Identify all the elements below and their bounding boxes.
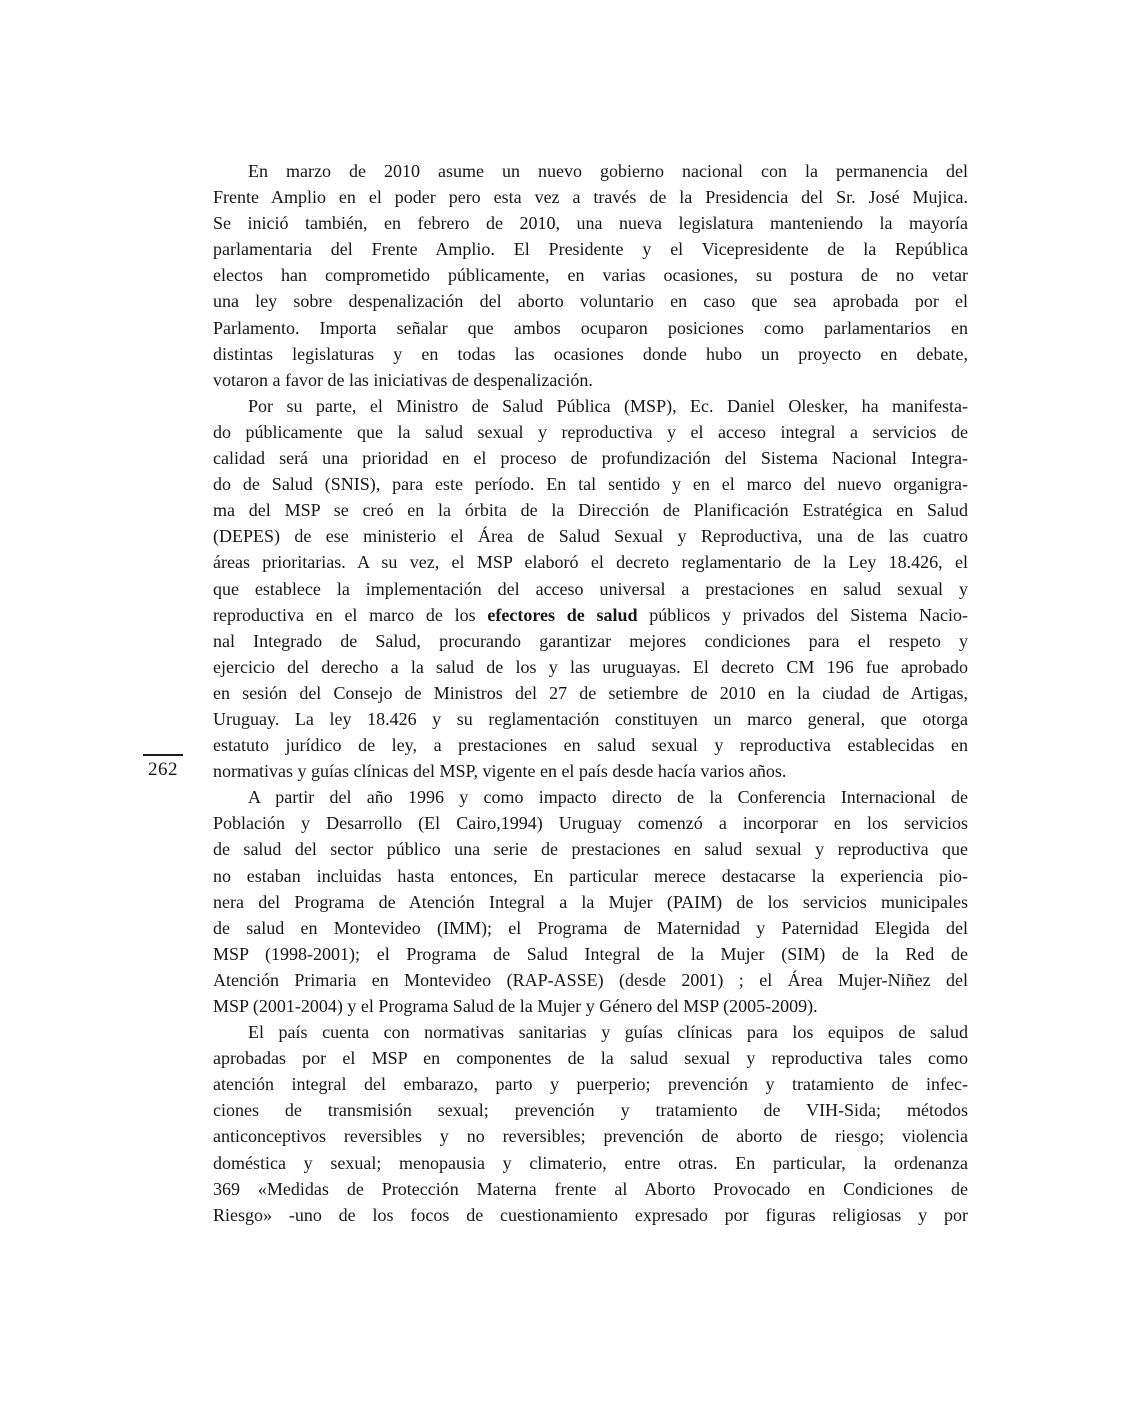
paragraph: El país cuenta con normativas sanitarias… [213, 1019, 968, 1228]
text-line: ciones de transmisión sexual; prevención… [213, 1097, 968, 1123]
text-line: estatuto jurídico de ley, a prestaciones… [213, 732, 968, 758]
text-line: Uruguay. La ley 18.426 y su reglamentaci… [213, 706, 968, 732]
text-line: áreas prioritarias. A su vez, el MSP ela… [213, 549, 968, 575]
text-line: El país cuenta con normativas sanitarias… [213, 1019, 968, 1045]
text-line: electos han comprometido públicamente, e… [213, 262, 968, 288]
text-line: atención integral del embarazo, parto y … [213, 1071, 968, 1097]
text-line: Población y Desarrollo (El Cairo,1994) U… [213, 810, 968, 836]
text-line: Parlamento. Importa señalar que ambos oc… [213, 315, 968, 341]
text-line: de salud del sector público una serie de… [213, 836, 968, 862]
text-line: Se inició también, en febrero de 2010, u… [213, 210, 968, 236]
text-line: 369 «Medidas de Protección Materna frent… [213, 1176, 968, 1202]
text-line: parlamentaria del Frente Amplio. El Pres… [213, 236, 968, 262]
text-line: votaron a favor de las iniciativas de de… [213, 367, 968, 393]
text-line: doméstica y sexual; menopausia y climate… [213, 1150, 968, 1176]
text-line: En marzo de 2010 asume un nuevo gobierno… [213, 158, 968, 184]
text-line: MSP (2001-2004) y el Programa Salud de l… [213, 993, 968, 1019]
text-line: do públicamente que la salud sexual y re… [213, 419, 968, 445]
text-line: ejercicio del derecho a la salud de los … [213, 654, 968, 680]
text-line: de salud en Montevideo (IMM); el Program… [213, 915, 968, 941]
page-number-box: 262 [141, 754, 185, 782]
text-line: Por su parte, el Ministro de Salud Públi… [213, 393, 968, 419]
document-page: 262 En marzo de 2010 asume un nuevo gobi… [0, 0, 1134, 1417]
text-line: (DEPES) de ese ministerio el Área de Sal… [213, 523, 968, 549]
text-line: Frente Amplio en el poder pero esta vez … [213, 184, 968, 210]
text-line: en sesión del Consejo de Ministros del 2… [213, 680, 968, 706]
text-line: reproductiva en el marco de los efectore… [213, 602, 968, 628]
text-line: aprobadas por el MSP en componentes de l… [213, 1045, 968, 1071]
text-line: normativas y guías clínicas del MSP, vig… [213, 758, 968, 784]
text-line: distintas legislaturas y en todas las oc… [213, 341, 968, 367]
text-line: A partir del año 1996 y como impacto dir… [213, 784, 968, 810]
text-line: ma del MSP se creó en la órbita de la Di… [213, 497, 968, 523]
text-line: anticonceptivos reversibles y no reversi… [213, 1123, 968, 1149]
page-number: 262 [141, 756, 185, 782]
text-line: que establece la implementación del acce… [213, 576, 968, 602]
text-line: una ley sobre despenalización del aborto… [213, 288, 968, 314]
paragraph: A partir del año 1996 y como impacto dir… [213, 784, 968, 1019]
text-line: no estaban incluidas hasta entonces, En … [213, 863, 968, 889]
text-line: Riesgo» -uno de los focos de cuestionami… [213, 1202, 968, 1228]
text-line: Atención Primaria en Montevideo (RAP-ASS… [213, 967, 968, 993]
paragraph: En marzo de 2010 asume un nuevo gobierno… [213, 158, 968, 393]
text-line: do de Salud (SNIS), para este período. E… [213, 471, 968, 497]
text-line: nera del Programa de Atención Integral a… [213, 889, 968, 915]
text-block: En marzo de 2010 asume un nuevo gobierno… [213, 158, 968, 1228]
text-line: MSP (1998-2001); el Programa de Salud In… [213, 941, 968, 967]
text-line: calidad será una prioridad en el proceso… [213, 445, 968, 471]
paragraph: Por su parte, el Ministro de Salud Públi… [213, 393, 968, 784]
text-line: nal Integrado de Salud, procurando garan… [213, 628, 968, 654]
